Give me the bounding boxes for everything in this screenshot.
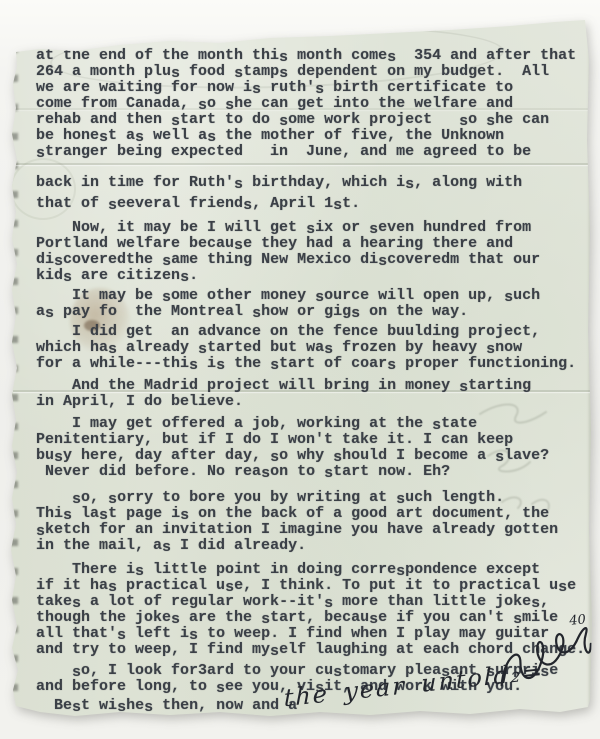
letter-body: at the end of the month this month comes…: [36, 48, 588, 714]
letter-paragraph: It may be some other money source will o…: [36, 288, 588, 320]
letter-paragraph: at the end of the month this month comes…: [36, 48, 588, 160]
letter-photo: 3 at the end of the month this month com…: [0, 0, 600, 739]
letter-paragraph: I did get an advance on the fence buuldi…: [36, 324, 588, 372]
handwritten-superscript: 40: [569, 612, 587, 629]
letter-paragraph: Now, it may be I will get six or seven h…: [36, 220, 588, 284]
letter-paper: 3 at the end of the month this month com…: [0, 0, 600, 739]
letter-paragraph: I may get offered a job, working at the …: [36, 416, 588, 480]
paper-right-shade: [589, 22, 593, 713]
paper-shadow-wrap: 3 at the end of the month this month com…: [0, 0, 600, 739]
letter-paragraph: so, sorry to bore you by writing at such…: [36, 490, 588, 554]
page-number: 3: [30, 30, 39, 47]
signature-flourish: [494, 618, 598, 708]
torn-edge-left: [9, 46, 18, 715]
letter-paragraph: back in time for Ruth's birthday, which …: [36, 172, 588, 214]
letter-paragraph: And the Madrid project will bring in mon…: [36, 378, 588, 410]
